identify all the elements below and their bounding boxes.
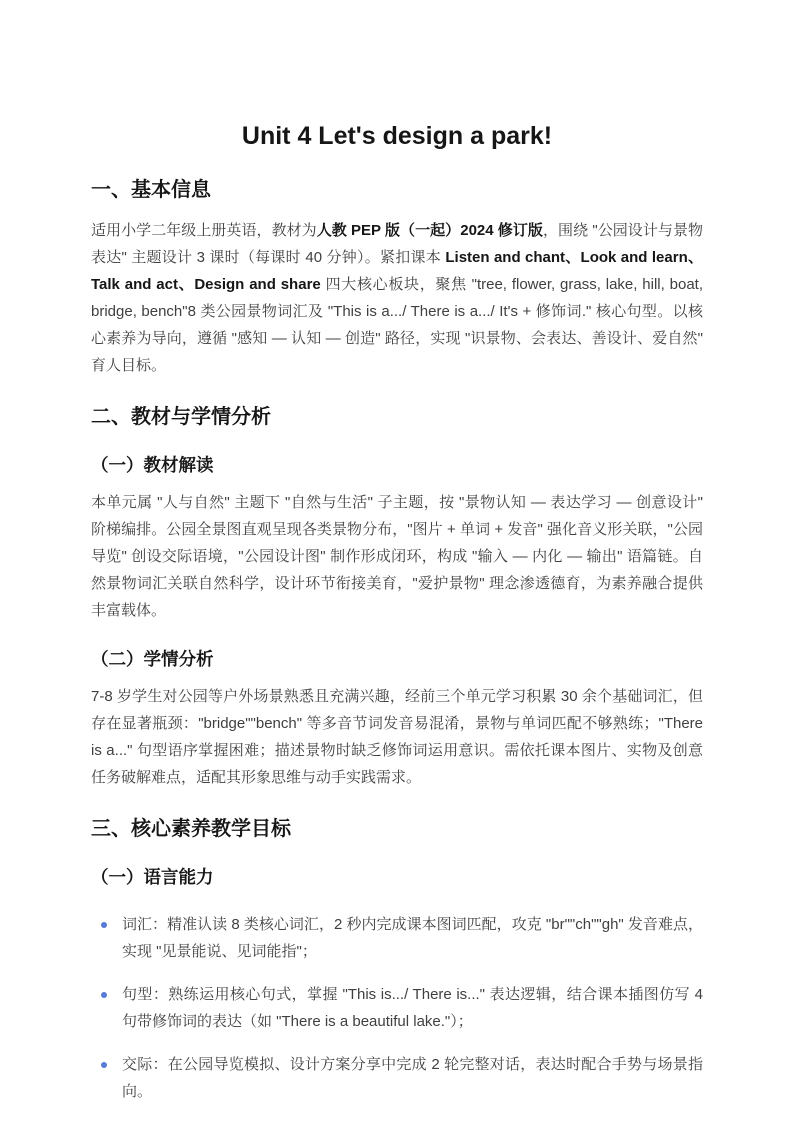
document-page: Unit 4 Let's design a park! 一、基本信息 适用小学二… bbox=[0, 0, 794, 1123]
subheading-learner-analysis: （二）学情分析 bbox=[91, 648, 703, 671]
bullet-icon bbox=[101, 1062, 107, 1068]
heading-material-analysis: 二、教材与学情分析 bbox=[91, 405, 703, 430]
subheading-textbook-interpretation: （一）教材解读 bbox=[91, 454, 703, 477]
document-title: Unit 4 Let's design a park! bbox=[91, 121, 703, 152]
list-item-text: 句型：熟练运用核心句式，掌握 "This is.../ There is..."… bbox=[122, 986, 703, 1030]
text-run-bold-edition: 人教 PEP 版（一起）2024 修订版 bbox=[317, 222, 543, 239]
paragraph-basic-info: 适用小学二年级上册英语，教材为人教 PEP 版（一起）2024 修订版，围绕 "… bbox=[91, 217, 703, 379]
paragraph-learner-analysis: 7-8 岁学生对公园等户外场景熟悉且充满兴趣，经前三个单元学习积累 30 余个基… bbox=[91, 683, 703, 791]
heading-basic-info: 一、基本信息 bbox=[91, 178, 703, 203]
bullet-icon bbox=[101, 992, 107, 998]
text-run: 适用小学二年级上册英语，教材为 bbox=[91, 222, 317, 239]
bullet-icon bbox=[101, 922, 107, 928]
list-item-vocabulary: 词汇：精准认读 8 类核心词汇，2 秒内完成课本图词匹配，攻克 "br""ch"… bbox=[91, 911, 703, 965]
list-item-text: 交际：在公园导览模拟、设计方案分享中完成 2 轮完整对话，表达时配合手势与场景指… bbox=[122, 1056, 703, 1100]
language-goal-list: 词汇：精准认读 8 类核心词汇，2 秒内完成课本图词匹配，攻克 "br""ch"… bbox=[91, 911, 703, 1105]
list-item-text: 词汇：精准认读 8 类核心词汇，2 秒内完成课本图词匹配，攻克 "br""ch"… bbox=[122, 916, 703, 960]
heading-teaching-goals: 三、核心素养教学目标 bbox=[91, 817, 703, 842]
list-item-sentence-pattern: 句型：熟练运用核心句式，掌握 "This is.../ There is..."… bbox=[91, 981, 703, 1035]
paragraph-textbook-interpretation: 本单元属 "人与自然" 主题下 "自然与生活" 子主题，按 "景物认知 — 表达… bbox=[91, 489, 703, 624]
subheading-language-ability: （一）语言能力 bbox=[91, 866, 703, 889]
list-item-communication: 交际：在公园导览模拟、设计方案分享中完成 2 轮完整对话，表达时配合手势与场景指… bbox=[91, 1051, 703, 1105]
